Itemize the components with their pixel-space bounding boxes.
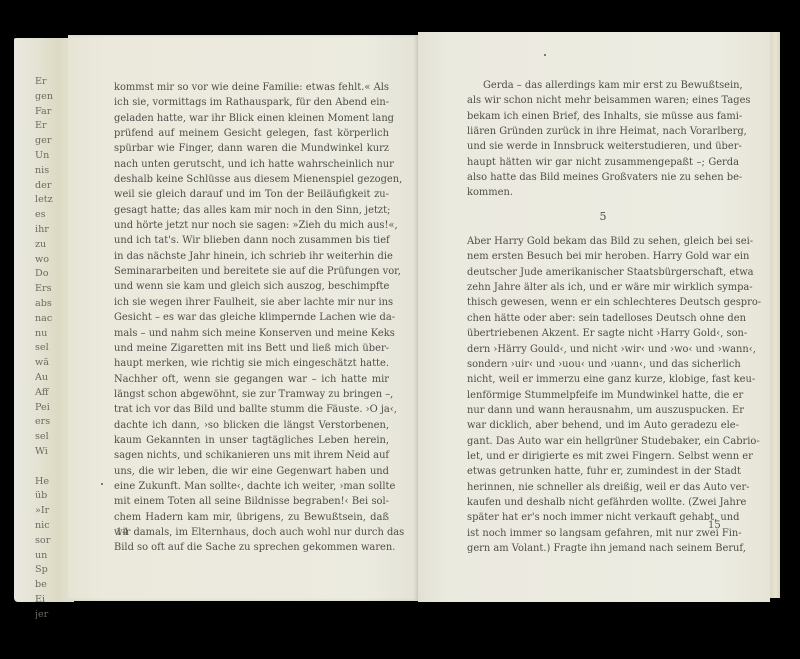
text-fragment: sel <box>35 341 71 356</box>
text-line: war dicklich, aber behend, und im Auto g… <box>467 418 739 433</box>
text-line: mit einem Toten all seine Bildnisse begr… <box>114 494 389 509</box>
text-line: Gesicht – es war das gleiche klimpernde … <box>114 310 389 325</box>
text-fragment: un <box>35 549 71 564</box>
text-fragment: Ers <box>35 282 71 297</box>
text-line: geladen hatte, war ihr Blick einen klein… <box>114 111 389 126</box>
text-line: und wenn sie kam und gleich sich auszog,… <box>114 279 389 294</box>
text-line: gern am Volant.) Fragte ihn jemand nach … <box>467 541 739 556</box>
text-fragment: wo <box>35 253 71 268</box>
text-fragment: der <box>35 179 71 194</box>
text-line: lenförmige Stummelpfeife im Mundwinkel h… <box>467 388 739 403</box>
text-line: nicht, weil er immerzu eine ganz kurze, … <box>467 372 739 387</box>
text-fragment: Au <box>35 371 71 386</box>
text-line: und meine Zigaretten mit ins Bett und li… <box>114 341 389 356</box>
text-line: thisch gewesen, wenn er ein schlechteres… <box>467 295 739 310</box>
text-line: herinnen, nie schneller als dreißig, wei… <box>467 480 739 495</box>
text-fragment <box>35 460 71 475</box>
text-fragment: ger <box>35 134 71 149</box>
left-page-body-text: kommst mir so vor wie deine Familie: etw… <box>114 80 389 556</box>
text-line: und sie werde in Innsbruck weiterstudier… <box>467 139 739 154</box>
text-fragment: nis <box>35 164 71 179</box>
text-line: haupt hätten wir gar nicht zusammengepaß… <box>467 155 739 170</box>
text-line: nur dann und wann herausnahm, um auszusp… <box>467 403 739 418</box>
text-line: haupt merken, wie richtig sie mich einge… <box>114 356 389 371</box>
text-line: eine Zukunft. Man sollte‹, dachte ich we… <box>114 479 389 494</box>
text-line: Gerda – das allerdings kam mir erst zu B… <box>467 78 739 93</box>
text-line: prüfend auf meinem Gesicht gelegen, fast… <box>114 126 389 141</box>
left-page: kommst mir so vor wie deine Familie: etw… <box>68 35 418 601</box>
text-line: ich sie wegen ihrer Faulheit, sie aber l… <box>114 295 389 310</box>
text-fragment: jer <box>35 608 71 623</box>
text-line: dachte ich dann, ›so blicken die längst … <box>114 418 389 433</box>
text-line: zehn Jahre älter als ich, und er wäre mi… <box>467 280 739 295</box>
text-line: Aber Harry Gold bekam das Bild zu sehen,… <box>467 234 739 249</box>
text-line: später hat er's noch immer nicht verkauf… <box>467 510 739 525</box>
text-line: chen hätte oder aber: sein tadelloses De… <box>467 311 739 326</box>
paragraph-harry-gold: Aber Harry Gold bekam das Bild zu sehen,… <box>467 234 739 556</box>
text-line: deutscher Jude amerikanischer Staatsbürg… <box>467 265 739 280</box>
open-book: ErgenFarErgerUnnisderletzesihrzuwoDoErsa… <box>14 32 784 612</box>
text-fragment: He <box>35 475 71 490</box>
previous-page-text-fragments: ErgenFarErgerUnnisderletzesihrzuwoDoErsa… <box>35 75 71 622</box>
text-line: trat ich vor das Bild und ballte stumm d… <box>114 402 389 417</box>
text-fragment: es <box>35 208 71 223</box>
section-number: 5 <box>467 209 739 224</box>
right-page: Gerda – das allerdings kam mir erst zu B… <box>418 32 770 602</box>
page-block-edge <box>770 32 780 598</box>
text-fragment: be <box>35 578 71 593</box>
text-fragment: üb <box>35 489 71 504</box>
text-line: übertriebenen Akzent. Er sagte nicht ›Ha… <box>467 326 739 341</box>
text-line: deshalb keine Schlüsse aus diesem Mienen… <box>114 172 389 187</box>
text-fragment: Pei <box>35 401 71 416</box>
text-fragment: nic <box>35 519 71 534</box>
right-page-body-text: Gerda – das allerdings kam mir erst zu B… <box>467 78 739 556</box>
text-line: chem Hadern kam mir, übrigens, zu Bewußt… <box>114 510 389 525</box>
text-line: mals – und nahm sich meine Konserven und… <box>114 326 389 341</box>
text-line: kaum Gekannten in unser tagtägliches Leb… <box>114 433 389 448</box>
text-line: liären Gründen zurück in ihre Heimat, na… <box>467 124 739 139</box>
text-fragment: nu <box>35 327 71 342</box>
text-fragment: nac <box>35 312 71 327</box>
text-line: kaufen und deshalb nicht gefährden wollt… <box>467 495 739 510</box>
text-line: bekam ich einen Brief, des Inhalts, sie … <box>467 109 739 124</box>
text-fragment: Un <box>35 149 71 164</box>
text-line: gant. Das Auto war ein hellgrüner Studeb… <box>467 434 739 449</box>
text-fragment: Er <box>35 119 71 134</box>
text-line: und hörte jetzt nur noch sie sagen: »Zie… <box>114 218 389 233</box>
text-fragment: Aff <box>35 386 71 401</box>
text-line: spürbar wie Finger, dann waren die Mundw… <box>114 141 389 156</box>
text-fragment: sel <box>35 430 71 445</box>
text-line: uns, die wir leben, die wir eine Gegenwa… <box>114 464 389 479</box>
paper-speck <box>101 483 103 485</box>
text-fragment: Sp <box>35 563 71 578</box>
right-page-number: 15 <box>708 520 721 531</box>
text-fragment: Ei <box>35 593 71 608</box>
text-fragment: ihr <box>35 223 71 238</box>
text-line: Bild so oft auf die Sache zu sprechen ge… <box>114 540 389 555</box>
text-fragment: Far <box>35 105 71 120</box>
text-line: nem ersten Besuch bei mir heroben. Harry… <box>467 249 739 264</box>
text-fragment: zu <box>35 238 71 253</box>
previous-page-edge: ErgenFarErgerUnnisderletzesihrzuwoDoErsa… <box>14 38 74 602</box>
text-line: längst schon abgewöhnt, sie zur Tramway … <box>114 387 389 402</box>
text-fragment: abs <box>35 297 71 312</box>
text-fragment: Wi <box>35 445 71 460</box>
text-line: und ich tat's. Wir blieben dann noch zus… <box>114 233 389 248</box>
text-fragment: ers <box>35 415 71 430</box>
text-fragment: »Ir <box>35 504 71 519</box>
text-line: Nachher oft, wenn sie gegangen war – ich… <box>114 372 389 387</box>
left-page-number: 14 <box>116 527 129 538</box>
text-line: etwas getrunken hatte, fuhr er, zumindes… <box>467 464 739 479</box>
text-line: kommst mir so vor wie deine Familie: etw… <box>114 80 389 95</box>
paper-speck <box>544 54 546 56</box>
text-line: ich sie, vormittags im Rathauspark, für … <box>114 95 389 110</box>
text-fragment: letz <box>35 193 71 208</box>
text-line: in das nächste Jahr hinein, ich schrieb … <box>114 249 389 264</box>
text-line: wir damals, im Elternhaus, doch auch woh… <box>114 525 389 540</box>
text-line: kommen. <box>467 185 739 200</box>
text-fragment: gen <box>35 90 71 105</box>
text-line: let, und er dirigierte es mit zwei Finge… <box>467 449 739 464</box>
text-line: ist noch immer so langsam gefahren, mit … <box>467 526 739 541</box>
text-fragment: wä <box>35 356 71 371</box>
text-line: also hatte das Bild meines Großvaters ni… <box>467 170 739 185</box>
text-line: sondern ›uir‹ und ›uou‹ und ›uann‹, und … <box>467 357 739 372</box>
text-fragment: sor <box>35 534 71 549</box>
text-line: nach unten gerutscht, und ich hatte wahr… <box>114 157 389 172</box>
text-line: gesagt hatte; das alles kam mir noch in … <box>114 203 389 218</box>
text-fragment: Do <box>35 267 71 282</box>
text-line: Seminararbeiten und bereitete sie auf di… <box>114 264 389 279</box>
text-line: weil sie gleich darauf und im Ton der Be… <box>114 187 389 202</box>
paragraph-gerda: Gerda – das allerdings kam mir erst zu B… <box>467 78 739 201</box>
text-fragment: Er <box>35 75 71 90</box>
text-line: dern ›Härry Gould‹, und nicht ›wir‹ und … <box>467 342 739 357</box>
text-line: sagen nichts, und schikanieren uns mit i… <box>114 448 389 463</box>
text-line: als wir schon nicht mehr beisammen waren… <box>467 93 739 108</box>
